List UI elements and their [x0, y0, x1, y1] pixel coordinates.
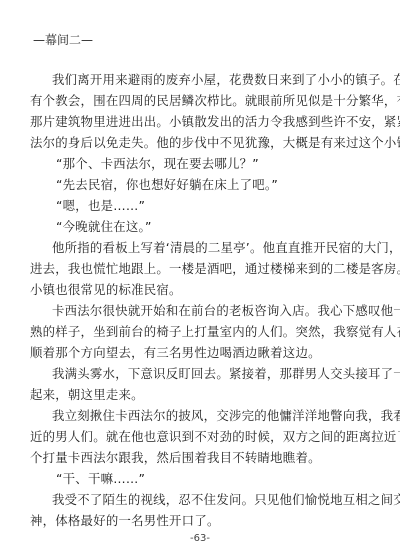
text-line: 我满头雾水，下意识反盯回去。紧接着，那群男人交头接耳了一番后站了 [30, 363, 388, 384]
text-line: 起来，朝这里走来。 [30, 384, 388, 405]
text-line: “先去民宿，你也想好好躺在床上了吧。” [30, 174, 388, 195]
chapter-title: —幕间二— [33, 31, 93, 48]
page-number: -63- [0, 533, 400, 544]
text-line: 小镇也很常见的标准民宿。 [30, 279, 388, 300]
body-text: 我们离开用来避雨的废弃小屋，花费数日来到了小小的镇子。在中心广场 有个教会，围在… [30, 69, 388, 531]
text-line: 他所指的看板上写着‘清晨的二星亭’。他直直推开民宿的大门，大步走 [30, 237, 388, 258]
text-line: 进去，我也慌忙地跟上。一楼是酒吧，通过楼梯来到的二楼是客房。是在其他 [30, 258, 388, 279]
text-line: “今晚就住在这。” [30, 216, 388, 237]
text-line: 顺着那个方向望去，有三名男性边喝酒边瞅着这边。 [30, 342, 388, 363]
text-line: “嗯，也是……” [30, 195, 388, 216]
text-line: 法尔的身后以免走失。他的步伐中不见犹豫，大概是有来过这个小镇？ [30, 132, 388, 153]
text-line: 我立刻揪住卡西法尔的披风，交涉完的他慵洋洋地瞥向我，我看着往这走 [30, 405, 388, 426]
text-line: 我们离开用来避雨的废弃小屋，花费数日来到了小小的镇子。在中心广场 [30, 69, 388, 90]
text-line: “那个、卡西法尔，现在要去哪儿？” [30, 153, 388, 174]
text-line: “干、干嘛……” [30, 468, 388, 489]
text-line: 个打量卡西法尔跟我，然后围着我目不转睛地瞧着。 [30, 447, 388, 468]
text-line: 那片建筑物里进进出出。小镇散发出的活力令我感到些许不安，紧紧跟在卡西 [30, 111, 388, 132]
text-line: 卡西法尔很快就开始和在前台的老板咨询入店。我心下感叹他一副驾轻就 [30, 300, 388, 321]
text-line: 我受不了陌生的视线，忍不住发问。只见他们愉悦地互相之间交换了个眼 [30, 489, 388, 510]
text-line: 有个教会，围在四周的民居鳞次栉比。就眼前所见似是十分繁华，有许多人在 [30, 90, 388, 111]
text-line: 神，体格最好的一名男性开口了。 [30, 510, 388, 531]
text-line: 近的男人们。就在他也意识到不对劲的时候，双方之间的距离拉近了。他们挨 [30, 426, 388, 447]
text-line: 熟的样子，坐到前台的椅子上打量室内的人们。突然，我察觉有人在看着我。 [30, 321, 388, 342]
